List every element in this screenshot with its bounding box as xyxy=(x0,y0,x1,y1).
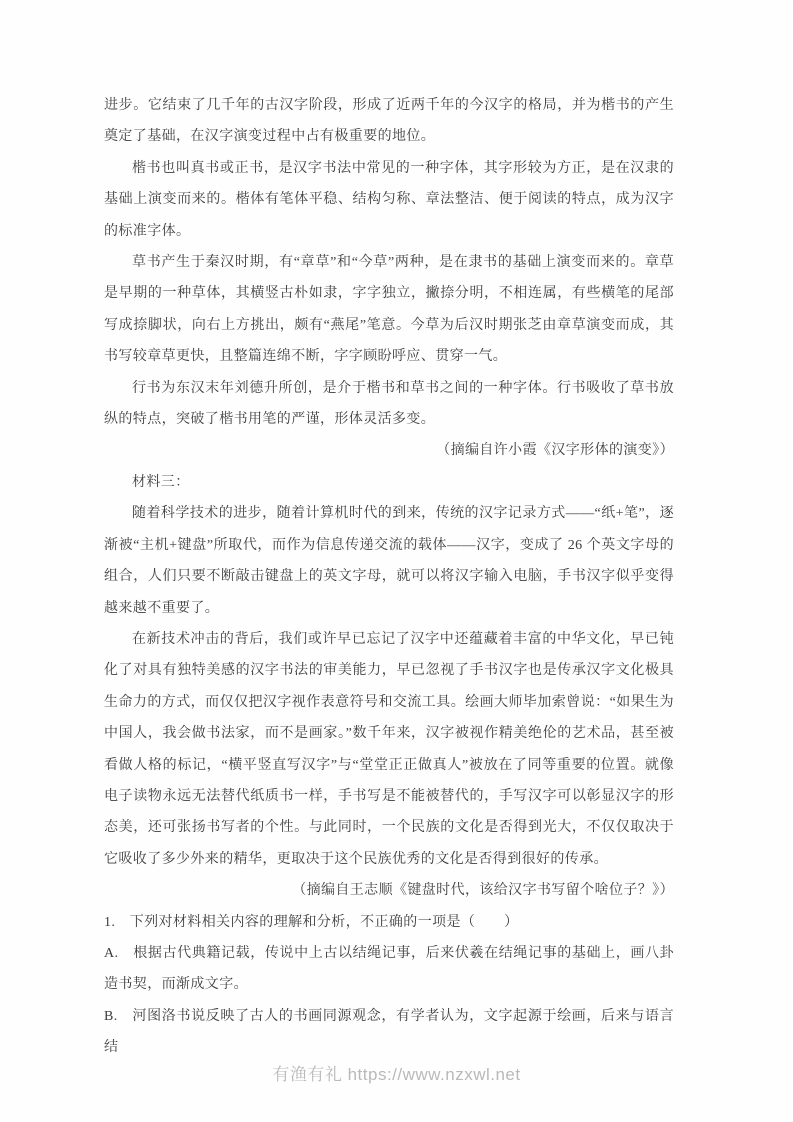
question-1-stem: 1. 下列对材料相关内容的理解和分析，不正确的一项是（ ） xyxy=(104,907,674,938)
paragraph-caoshu: 草书产生于秦汉时期，有“章草”和“今草”两种，是在隶书的基础上演变而来的。章草是… xyxy=(104,247,674,373)
question-1-option-b: B. 河图洛书说反映了古人的书画同源观念，有学者认为，文字起源于绘画，后来与语言… xyxy=(104,1001,674,1064)
footer-watermark: 有渔有礼 https://www.nzxwl.net xyxy=(0,1062,793,1088)
question-1-option-a: A. 根据古代典籍记载，传说中上古以结绳记事，后来伏羲在结绳记事的基础上，画八卦… xyxy=(104,938,674,1001)
paragraph-kaishu: 楷书也叫真书或正书，是汉字书法中常见的一种字体，其字形较为方正，是在汉隶的基础上… xyxy=(104,153,674,247)
attribution-material-two: （摘编自许小霞《汉字形体的演变》） xyxy=(104,435,674,466)
paragraph-xingshu: 行书为东汉末年刘德升所创，是介于楷书和草书之间的一种字体。行书吸收了草书放纵的特… xyxy=(104,373,674,436)
document-page: 进步。它结束了几千年的古汉字阶段，形成了近两千年的今汉字的格局，并为楷书的产生奠… xyxy=(0,0,793,1122)
paragraph-keyboard-era: 随着科学技术的进步，随着计算机时代的到来，传统的汉字记录方式——“纸+笔”，逐渐… xyxy=(104,498,674,624)
paragraph-new-technology: 在新技术冲击的背后，我们或许早已忘记了汉字中还蕴藏着丰富的中华文化，早已钝化了对… xyxy=(104,624,674,875)
attribution-material-three: （摘编自王志顺《键盘时代，该给汉字书写留个啥位子？》） xyxy=(104,875,674,906)
paragraph-continuation: 进步。它结束了几千年的古汉字阶段，形成了近两千年的今汉字的格局，并为楷书的产生奠… xyxy=(104,90,674,153)
section-heading-material-three: 材料三： xyxy=(104,467,674,498)
document-body: 进步。它结束了几千年的古汉字阶段，形成了近两千年的今汉字的格局，并为楷书的产生奠… xyxy=(104,90,674,1064)
